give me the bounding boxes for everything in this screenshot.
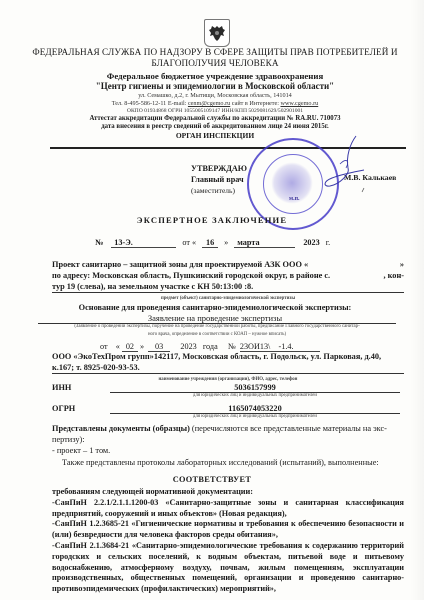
- norms-intro: требованиям следующей нормативной докуме…: [52, 487, 404, 498]
- org-address: ул. Семашко, д.2, г. Мытищи, Московская …: [30, 92, 400, 99]
- stamp-label: м.п.: [289, 196, 300, 202]
- document-month: марта: [234, 238, 295, 248]
- scan-edge: [410, 0, 424, 600]
- expertise-subject: Проект санитарно – защитной зоны для про…: [52, 259, 404, 304]
- position-note: (заместитель): [191, 185, 247, 196]
- document-day: 16: [202, 238, 218, 248]
- applicant-block: ООО «ЭкоТехПром групп»142117, Московская…: [52, 351, 404, 385]
- position-label: Главный врач: [191, 174, 247, 185]
- agency-line-1: ФЕДЕРАЛЬНАЯ СЛУЖБА ПО НАДЗОРУ В СФЕРЕ ЗА…: [30, 47, 400, 58]
- approval-block: УТВЕРЖДАЮ Главный врач (заместитель): [191, 163, 247, 196]
- norms-list: требованиям следующей нормативной докуме…: [52, 487, 404, 595]
- document-item: - проект – 1 том.: [52, 445, 404, 456]
- norm-item: -СанПиН 2.2.1/2.1.1.1200-03 «Санитарно-з…: [52, 498, 404, 520]
- inn-label: ИНН: [52, 383, 71, 392]
- norm-item: -СанПиН 2.1.3684-21 «Санитарно-эпидемиол…: [52, 541, 404, 595]
- accreditation-line-2: дата внесения в реестр сведений об аккре…: [30, 123, 400, 130]
- org-name: "Центр гигиены и эпидемиологии в Московс…: [30, 81, 400, 91]
- document-page: ФЕДЕРАЛЬНАЯ СЛУЖБА ПО НАДЗОРУ В СФЕРЕ ЗА…: [0, 0, 424, 600]
- coat-of-arms-emblem: [204, 19, 230, 47]
- date-sep: »: [224, 238, 228, 247]
- russian-coat-of-arms-icon: [208, 23, 226, 43]
- basis-value: Заявление на проведение экспертизы: [30, 313, 400, 323]
- basis-heading: Основание для проведения санитарно-эпиде…: [30, 303, 400, 312]
- document-year: 2023: [303, 238, 319, 247]
- basis-caption: (Заявление о проведении экспертизы, пору…: [38, 323, 396, 337]
- number-sign: №: [95, 238, 103, 247]
- subject-line-1: Проект санитарно – защитной зоны для про…: [52, 259, 308, 270]
- document-number-line: № 13-Э. от « 16 » марта 2023 г.: [95, 238, 334, 248]
- approve-label: УТВЕРЖДАЮ: [191, 163, 247, 174]
- document-title: ЭКСПЕРТНОЕ ЗАКЛЮЧЕНИЕ: [0, 215, 424, 225]
- org-contacts: Тел. 8-495-586-12-11 E-mail: cenm@cgemo.…: [30, 100, 400, 107]
- year-suffix: г.: [326, 238, 330, 247]
- ogrn-label: ОГРН: [52, 404, 75, 413]
- agency-name: ФЕДЕРАЛЬНАЯ СЛУЖБА ПО НАДЗОРУ В СФЕРЕ ЗА…: [30, 47, 400, 68]
- inn-value: 5036157999 для юридических лиц и индивид…: [110, 383, 400, 398]
- submitted-documents: Представлены документы (образцы) (перечи…: [52, 423, 404, 456]
- org-type: Федеральное бюджетное учреждение здравоо…: [30, 71, 400, 81]
- date-from-label: от «: [182, 238, 196, 247]
- subject-line-3: тур 19 (слева), на земельном участке с К…: [52, 281, 404, 292]
- website-link[interactable]: www.cgemo.ru: [280, 100, 318, 107]
- document-number: 13-Э.: [111, 238, 176, 248]
- agency-line-2: БЛАГОПОЛУЧИЯ ЧЕЛОВЕКА: [30, 58, 400, 69]
- ogrn-value: 1165074053220 для юридических лиц и инди…: [110, 404, 400, 419]
- conclusion-verdict: СООТВЕТСТВУЕТ: [0, 475, 424, 484]
- subject-line-2: по адресу: Московская область, Пушкински…: [52, 270, 330, 281]
- norm-item: -СанПиН 1.2.3685-21 «Гигиенические норма…: [52, 519, 404, 541]
- applicant-line-2: к.167; т. 8925-020-93-53.: [52, 362, 404, 373]
- email-link[interactable]: cenm@cgemo.ru: [188, 100, 230, 107]
- basis-year: 2023: [180, 342, 196, 351]
- applicant-line-1: ООО «ЭкоТехПром групп»142117, Московская…: [52, 351, 404, 362]
- lab-protocols: Также представлены протоколы лабораторны…: [62, 457, 414, 468]
- org-registry: ОКПО 01934868 ОГРН 1055005109147 ИНН/КПП…: [30, 108, 400, 114]
- signature-icon: [320, 134, 370, 214]
- accreditation-line-1: Аттестат аккредитации Федеральной службы…: [30, 115, 400, 122]
